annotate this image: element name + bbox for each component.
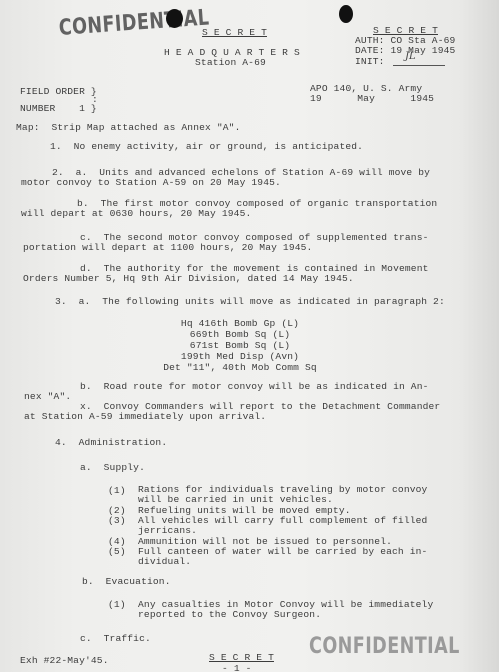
classification-init-label: INIT: (355, 56, 385, 67)
exhibit-number: Exh #22-May'45. (20, 655, 109, 666)
paragraph-1: 1. No enemy activity, air or ground, is … (50, 141, 363, 152)
paragraph-3a: 3. a. The following units will move as i… (55, 296, 445, 307)
supply-item-text: jerricans. (138, 525, 197, 536)
evac-item-text: reported to the Convoy Surgeon. (138, 609, 321, 620)
paragraph-4b: b. Evacuation. (82, 576, 171, 587)
header-subtitle: Station A-69 (195, 57, 266, 68)
initials-signature: JL (393, 57, 445, 66)
confidential-stamp-bottom: CONFIDENTIAL (309, 634, 460, 659)
page-number: - 1 - (222, 663, 252, 672)
document-page: CONFIDENTIAL S E C R E T H E A D Q U A R… (0, 0, 499, 672)
unit-item: Hq 416th Bomb Gp (L) (120, 318, 360, 329)
supply-item-number: (1) (108, 485, 126, 496)
supply-item-text: will be carried in unit vehicles. (138, 494, 333, 505)
paragraph-4: 4. Administration. (55, 437, 167, 448)
punch-hole-right (339, 5, 353, 23)
paragraph-2a-line2: motor convoy to Station A-59 on 20 May 1… (21, 177, 281, 188)
paragraph-2d-line2: Orders Number 5, Hq 9th Air Division, da… (23, 273, 354, 284)
unit-item: 671st Bomb Sq (L) (120, 340, 360, 351)
evac-item-number: (1) (108, 599, 126, 610)
supply-item-number: (3) (108, 515, 126, 526)
paragraph-3x-line2: at Station A-59 immediately upon arrival… (24, 411, 266, 422)
paragraph-3b-line2: nex "A". (24, 391, 71, 402)
paragraph-2c-line2: portation will depart at 1100 hours, 20 … (23, 242, 312, 253)
field-order-label: FIELD ORDER } (20, 86, 97, 97)
header-classification: S E C R E T (202, 27, 267, 38)
paragraph-2b-line2: will depart at 0630 hours, 20 May 1945. (21, 208, 251, 219)
unit-item: Det "11", 40th Mob Comm Sq (120, 362, 360, 373)
unit-item: 669th Bomb Sq (L) (120, 329, 360, 340)
paragraph-4a: a. Supply. (80, 462, 145, 473)
field-order-number: NUMBER 1 } (20, 103, 97, 114)
map-line: Map: Strip Map attached as Annex "A". (16, 122, 240, 133)
unit-item: 199th Med Disp (Avn) (120, 351, 360, 362)
paragraph-4c: c. Traffic. (80, 633, 151, 644)
supply-item-number: (5) (108, 546, 126, 557)
supply-item-text: dividual. (138, 556, 191, 567)
paragraph-3b-line1: b. Road route for motor convoy will be a… (80, 381, 429, 392)
unit-list: Hq 416th Bomb Gp (L) 669th Bomb Sq (L) 6… (120, 318, 360, 373)
punch-hole-left (166, 9, 183, 28)
confidential-stamp-top: CONFIDENTIAL (58, 5, 210, 40)
footer-classification: S E C R E T (209, 652, 274, 663)
order-date: 19 May 1945 (310, 93, 434, 104)
